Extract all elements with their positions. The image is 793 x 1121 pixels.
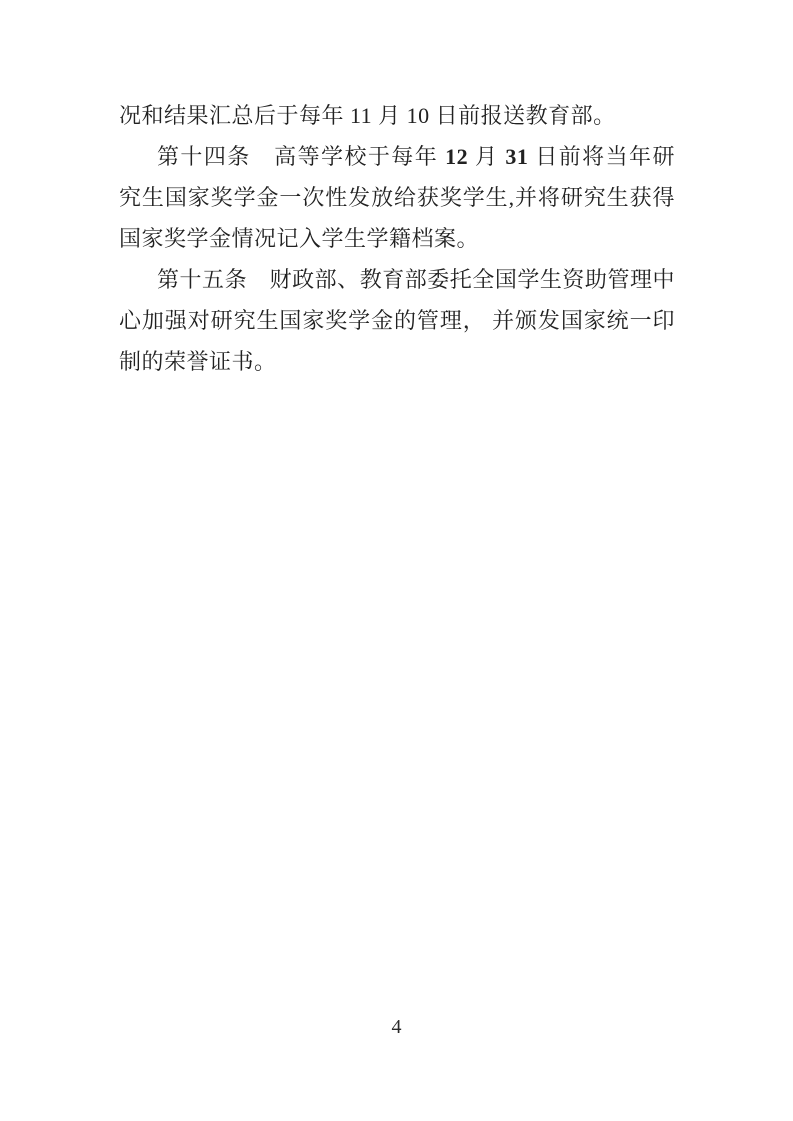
- text-run: 月: [468, 144, 505, 169]
- document-page: 况和结果汇总后于每年 11 月 10 日前报送教育部。第十四条 高等学校于每年 …: [0, 0, 793, 1121]
- document-body: 况和结果汇总后于每年 11 月 10 日前报送教育部。第十四条 高等学校于每年 …: [119, 95, 675, 382]
- paragraph-continuation: 况和结果汇总后于每年 11 月 10 日前报送教育部。: [119, 95, 675, 136]
- text-run: 第十四条 高等学校于每年: [157, 144, 445, 169]
- paragraph-article-15: 第十五条 财政部、教育部委托全国学生资助管理中心加强对研究生国家奖学金的管理， …: [119, 259, 675, 382]
- bold-text-run: 31: [505, 144, 528, 169]
- text-run: 况和结果汇总后于每年 11 月 10 日前报送教育部。: [119, 103, 616, 128]
- bold-text-run: 12: [445, 144, 468, 169]
- text-run: 第十五条 财政部、教育部委托全国学生资助管理中心加强对研究生国家奖学金的管理， …: [119, 267, 675, 374]
- page-number: 4: [0, 1013, 793, 1041]
- paragraph-article-14: 第十四条 高等学校于每年 12 月 31 日前将当年研究生国家奖学金一次性发放给…: [119, 136, 675, 259]
